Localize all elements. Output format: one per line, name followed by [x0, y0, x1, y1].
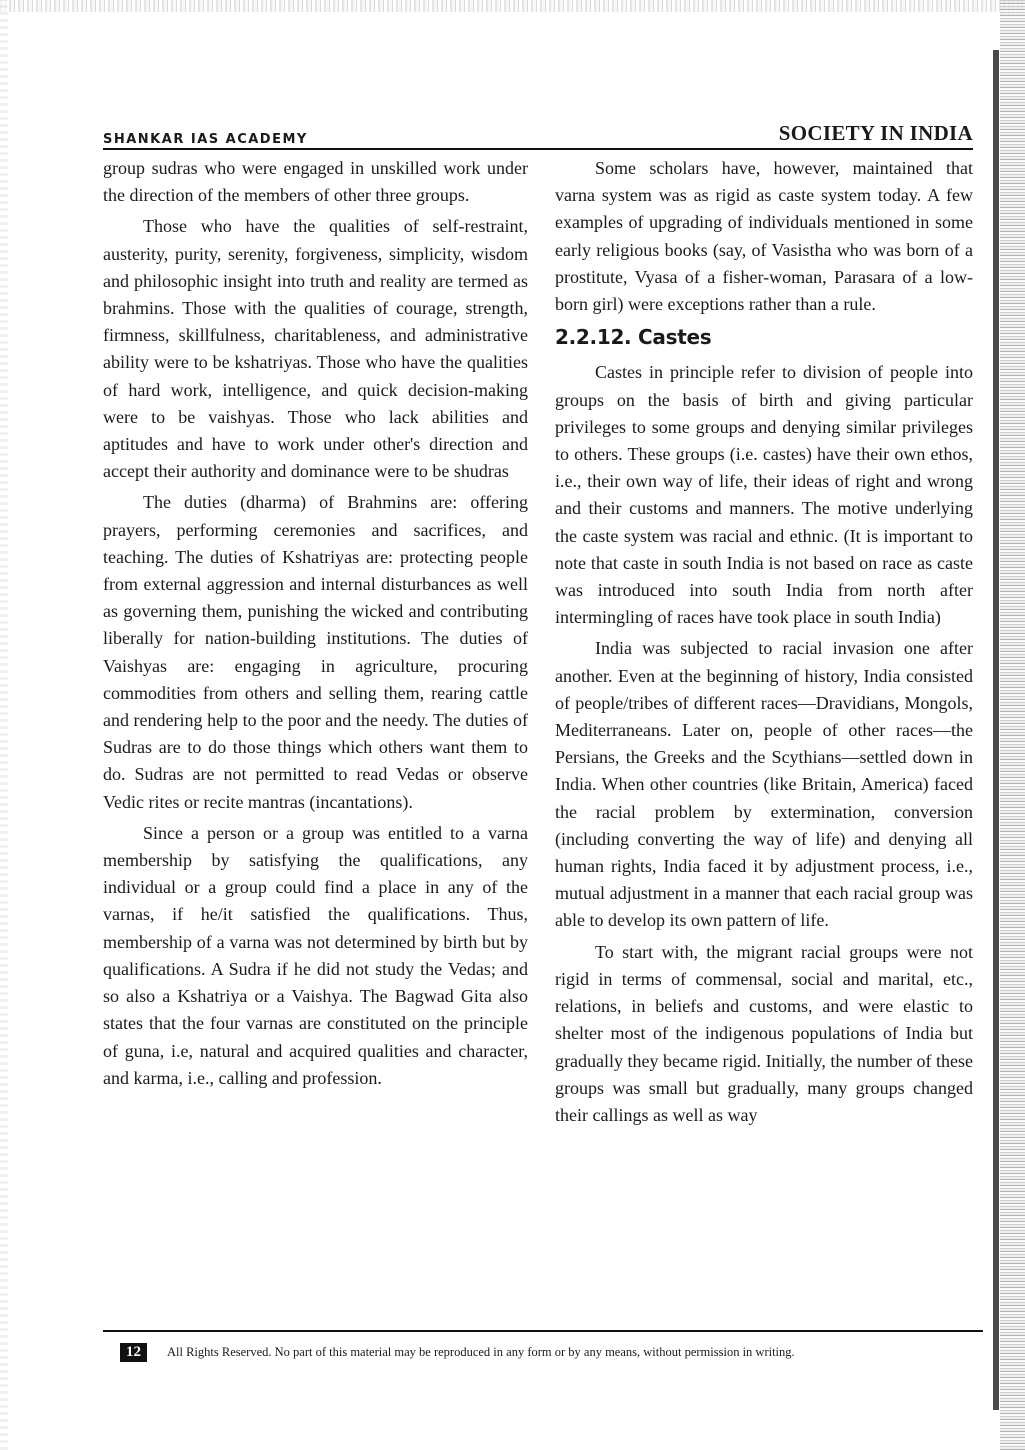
paragraph: To start with, the migrant racial groups…	[555, 939, 973, 1129]
copyright-notice: All Rights Reserved. No part of this mat…	[167, 1345, 795, 1360]
paragraph: group sudras who were engaged in unskill…	[103, 155, 528, 209]
paragraph: The duties (dharma) of Brahmins are: off…	[103, 489, 528, 815]
right-column: Some scholars have, however, maintained …	[555, 155, 973, 1133]
binding-shadow	[993, 50, 999, 1410]
book-title: SOCIETY IN INDIA	[779, 121, 973, 146]
scan-edge-left	[0, 0, 8, 1450]
paragraph: India was subjected to racial invasion o…	[555, 635, 973, 934]
section-heading: 2.2.12. Castes	[555, 324, 973, 351]
scan-edge-right	[1000, 0, 1025, 1450]
left-column: group sudras who were engaged in unskill…	[103, 155, 528, 1096]
publisher-name: Shankar IAS Academy	[103, 132, 308, 147]
paragraph: Castes in principle refer to division of…	[555, 359, 973, 631]
footer-divider	[103, 1330, 983, 1332]
paragraph: Some scholars have, however, maintained …	[555, 155, 973, 318]
page-footer: 12 All Rights Reserved. No part of this …	[120, 1340, 990, 1364]
paragraph: Those who have the qualities of self-res…	[103, 213, 528, 485]
paragraph: Since a person or a group was entitled t…	[103, 820, 528, 1092]
page-number: 12	[120, 1343, 147, 1362]
scan-edge-top	[0, 0, 1025, 12]
running-header: Shankar IAS Academy SOCIETY IN INDIA	[103, 118, 973, 150]
